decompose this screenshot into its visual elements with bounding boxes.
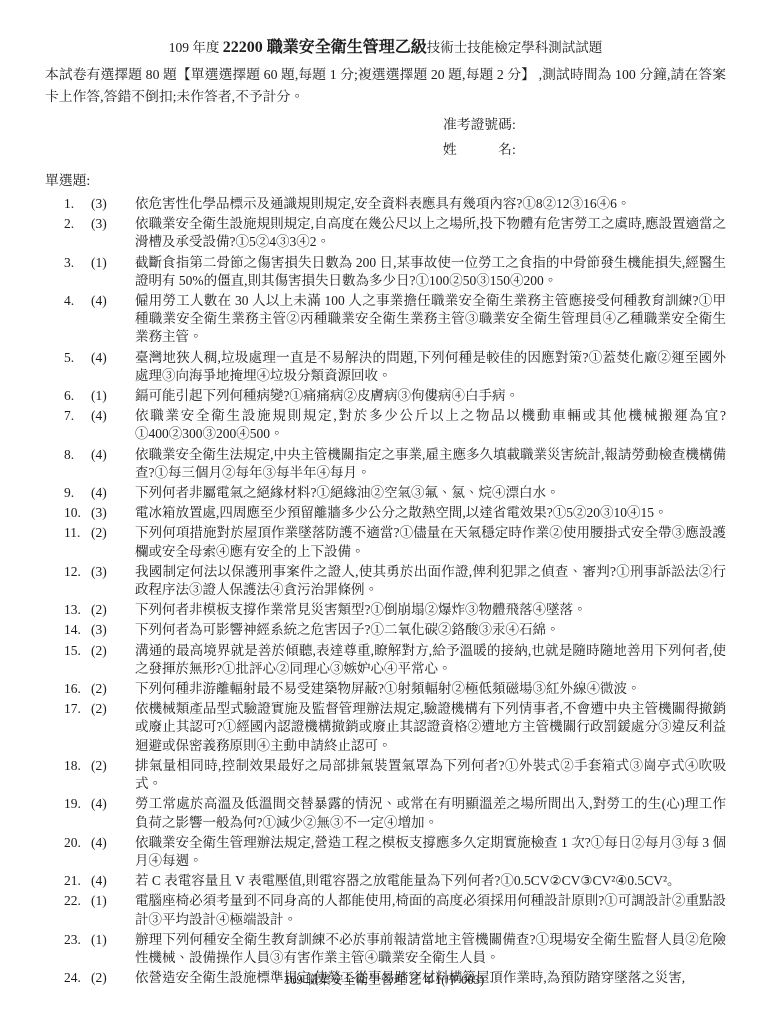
question-answer: (2) bbox=[91, 757, 135, 793]
question-number: 1. bbox=[64, 195, 91, 213]
question-text: 僱用勞工人數在 30 人以上未滿 100 人之事業擔任職業安全衛生業務主管應接受… bbox=[135, 292, 726, 347]
question-answer: (1) bbox=[91, 931, 135, 967]
question-answer: (2) bbox=[91, 680, 135, 698]
question-answer: (1) bbox=[91, 892, 135, 928]
page-title: 109 年度 22200 職業安全衛生管理乙級技術士技能檢定學科測試試題 bbox=[45, 34, 726, 57]
question-number: 13. bbox=[64, 601, 91, 619]
question-number: 10. bbox=[64, 504, 91, 522]
question-text: 勞工常處於高溫及低溫間交替暴露的情況、或常在有明顯溫差之場所間出入,對勞工的生(… bbox=[135, 795, 726, 831]
question-row: 16.(2)下列何種非游離輻射最不易受建築物屏蔽?①射頻輻射②極低頻磁場③紅外線… bbox=[64, 680, 726, 698]
question-number: 14. bbox=[64, 621, 91, 639]
question-text: 下列何者為可影響神經系統之危害因子?①二氧化碳②鉻酸③汞④石綿。 bbox=[135, 621, 726, 639]
question-row: 17.(2)依機械類產品型式驗證實施及監督管理辦法規定,驗證機構有下列情事者,不… bbox=[64, 700, 726, 755]
section-label-single-choice: 單選題: bbox=[45, 169, 726, 189]
question-row: 13.(2)下列何者非模板支撐作業常見災害類型?①倒崩塌②爆炸③物體飛落④墜落。 bbox=[64, 601, 726, 619]
question-answer: (2) bbox=[91, 524, 135, 560]
question-row: 3.(1)截斷食指第二骨節之傷害損失日數為 200 日,某事故使一位勞工之食指的… bbox=[64, 254, 726, 290]
question-text: 溝通的最高境界就是善於傾聽,表達尊重,瞭解對方,給予溫暖的接納,也就是隨時隨地善… bbox=[135, 642, 726, 678]
exam-page: 109 年度 22200 職業安全衛生管理乙級技術士技能檢定學科測試試題 本試卷… bbox=[0, 0, 768, 1024]
question-number: 11. bbox=[64, 524, 91, 560]
question-answer: (3) bbox=[91, 195, 135, 213]
question-row: 22.(1)電腦座椅必須考量到不同身高的人都能使用,椅面的高度必須採用何種設計原… bbox=[64, 892, 726, 928]
question-row: 8.(4)依職業安全衛生法規定,中央主管機關指定之事業,雇主應多久填載職業災害統… bbox=[64, 446, 726, 482]
question-list: 1.(3)依危害性化學品標示及通識規則規定,安全資料表應具有幾項內容?①8②12… bbox=[45, 195, 726, 987]
question-row: 5.(4)臺灣地狹人稠,垃圾處理一直是不易解決的問題,下列何種是較佳的因應對策?… bbox=[64, 349, 726, 385]
question-row: 14.(3)下列何者為可影響神經系統之危害因子?①二氧化碳②鉻酸③汞④石綿。 bbox=[64, 621, 726, 639]
question-answer: (4) bbox=[91, 292, 135, 347]
title-prefix: 109 年度 bbox=[169, 40, 223, 55]
question-number: 19. bbox=[64, 795, 91, 831]
exam-instructions: 本試卷有選擇題 80 題【單選選擇題 60 題,每題 1 分;複選選擇題 20 … bbox=[45, 64, 726, 107]
question-text: 鎘可能引起下列何種病變?①痛痛病②皮膚病③佝僂病④白手病。 bbox=[135, 387, 726, 405]
question-number: 5. bbox=[64, 349, 91, 385]
question-row: 12.(3)我國制定何法以保護刑事案件之證人,使其勇於出面作證,俾利犯罪之偵查、… bbox=[64, 563, 726, 599]
question-text: 下列何者非模板支撐作業常見災害類型?①倒崩塌②爆炸③物體飛落④墜落。 bbox=[135, 601, 726, 619]
title-exam-code: 22200 職業安全衛生管理乙級 bbox=[223, 39, 427, 56]
question-answer: (4) bbox=[91, 484, 135, 502]
question-row: 7.(4)依職業安全衛生設施規則規定,對於多少公斤以上之物品以機動車輛或其他機械… bbox=[64, 407, 726, 443]
question-number: 21. bbox=[64, 872, 91, 890]
question-row: 9.(4)下列何者非屬電氣之絕緣材料?①絕緣油②空氣③氟、氯、烷④漂白水。 bbox=[64, 484, 726, 502]
question-text: 依機械類產品型式驗證實施及監督管理辦法規定,驗證機構有下列情事者,不會遭中央主管… bbox=[135, 700, 726, 755]
question-row: 18.(2)排氣量相同時,控制效果最好之局部排氣裝置氣罩為下列何者?①外裝式②手… bbox=[64, 757, 726, 793]
question-number: 20. bbox=[64, 834, 91, 870]
admission-number-label: 准考證號碼: bbox=[443, 112, 726, 137]
question-answer: (4) bbox=[91, 795, 135, 831]
question-text: 依職業安全衛生設施規則規定,對於多少公斤以上之物品以機動車輛或其他機械搬運為宜?… bbox=[135, 407, 726, 443]
question-number: 8. bbox=[64, 446, 91, 482]
question-answer: (3) bbox=[91, 504, 135, 522]
question-answer: (4) bbox=[91, 834, 135, 870]
question-text: 依職業安全衛生法規定,中央主管機關指定之事業,雇主應多久填載職業災害統計,報請勞… bbox=[135, 446, 726, 482]
question-row: 19.(4)勞工常處於高溫及低溫間交替暴露的情況、或常在有明顯溫差之場所間出入,… bbox=[64, 795, 726, 831]
candidate-info-block: 准考證號碼: 姓 名: bbox=[45, 112, 726, 162]
question-number: 2. bbox=[64, 215, 91, 251]
question-answer: (3) bbox=[91, 215, 135, 251]
question-number: 16. bbox=[64, 680, 91, 698]
question-text: 下列何種非游離輻射最不易受建築物屏蔽?①射頻輻射②極低頻磁場③紅外線④微波。 bbox=[135, 680, 726, 698]
question-text: 若 C 表電容量且 V 表電壓值,則電容器之放電能量為下列何者?①0.5CV②C… bbox=[135, 872, 726, 890]
question-text: 依職業安全衛生設施規則規定,自高度在幾公尺以上之場所,投下物體有危害勞工之虞時,… bbox=[135, 215, 726, 251]
question-text: 依危害性化學品標示及通識規則規定,安全資料表應具有幾項內容?①8②12③16④6… bbox=[135, 195, 726, 213]
name-label: 姓 名: bbox=[443, 137, 726, 162]
question-row: 15.(2)溝通的最高境界就是善於傾聽,表達尊重,瞭解對方,給予溫暖的接納,也就… bbox=[64, 642, 726, 678]
page-footer: 109 職業安全衛生管理 乙 4-1(序 003) bbox=[0, 970, 768, 988]
question-row: 21.(4)若 C 表電容量且 V 表電壓值,則電容器之放電能量為下列何者?①0… bbox=[64, 872, 726, 890]
question-answer: (2) bbox=[91, 700, 135, 755]
question-answer: (1) bbox=[91, 254, 135, 290]
question-text: 下列何項措施對於屋頂作業墜落防護不適當?①儘量在天氣穩定時作業②使用腰掛式安全帶… bbox=[135, 524, 726, 560]
question-text: 電腦座椅必須考量到不同身高的人都能使用,椅面的高度必須採用何種設計原則?①可調設… bbox=[135, 892, 726, 928]
question-number: 9. bbox=[64, 484, 91, 502]
question-answer: (3) bbox=[91, 563, 135, 599]
question-answer: (2) bbox=[91, 642, 135, 678]
question-text: 電冰箱放置處,四周應至少預留離牆多少公分之散熱空間,以達省電效果?①5②20③1… bbox=[135, 504, 726, 522]
title-suffix: 技術士技能檢定學科測試試題 bbox=[427, 40, 603, 55]
question-row: 23.(1)辦理下列何種安全衛生教育訓練不必於事前報請當地主管機關備查?①現場安… bbox=[64, 931, 726, 967]
question-text: 我國制定何法以保護刑事案件之證人,使其勇於出面作證,俾利犯罪之偵查、審判?①刑事… bbox=[135, 563, 726, 599]
question-answer: (4) bbox=[91, 349, 135, 385]
question-number: 18. bbox=[64, 757, 91, 793]
question-number: 6. bbox=[64, 387, 91, 405]
question-text: 辦理下列何種安全衛生教育訓練不必於事前報請當地主管機關備查?①現場安全衛生監督人… bbox=[135, 931, 726, 967]
question-answer: (4) bbox=[91, 407, 135, 443]
question-number: 12. bbox=[64, 563, 91, 599]
question-answer: (3) bbox=[91, 621, 135, 639]
question-number: 4. bbox=[64, 292, 91, 347]
question-text: 排氣量相同時,控制效果最好之局部排氣裝置氣罩為下列何者?①外裝式②手套箱式③崗亭… bbox=[135, 757, 726, 793]
question-row: 6.(1)鎘可能引起下列何種病變?①痛痛病②皮膚病③佝僂病④白手病。 bbox=[64, 387, 726, 405]
question-number: 15. bbox=[64, 642, 91, 678]
question-answer: (1) bbox=[91, 387, 135, 405]
question-row: 20.(4)依職業安全衛生管理辦法規定,營造工程之模板支撐應多久定期實施檢查 1… bbox=[64, 834, 726, 870]
question-text: 臺灣地狹人稠,垃圾處理一直是不易解決的問題,下列何種是較佳的因應對策?①蓋焚化廠… bbox=[135, 349, 726, 385]
question-answer: (4) bbox=[91, 446, 135, 482]
question-number: 3. bbox=[64, 254, 91, 290]
question-number: 7. bbox=[64, 407, 91, 443]
question-number: 23. bbox=[64, 931, 91, 967]
question-row: 4.(4)僱用勞工人數在 30 人以上未滿 100 人之事業擔任職業安全衛生業務… bbox=[64, 292, 726, 347]
question-text: 下列何者非屬電氣之絕緣材料?①絕緣油②空氣③氟、氯、烷④漂白水。 bbox=[135, 484, 726, 502]
question-row: 11.(2)下列何項措施對於屋頂作業墜落防護不適當?①儘量在天氣穩定時作業②使用… bbox=[64, 524, 726, 560]
question-row: 1.(3)依危害性化學品標示及通識規則規定,安全資料表應具有幾項內容?①8②12… bbox=[64, 195, 726, 213]
question-row: 10.(3)電冰箱放置處,四周應至少預留離牆多少公分之散熱空間,以達省電效果?①… bbox=[64, 504, 726, 522]
question-answer: (2) bbox=[91, 601, 135, 619]
question-number: 22. bbox=[64, 892, 91, 928]
question-text: 截斷食指第二骨節之傷害損失日數為 200 日,某事故使一位勞工之食指的中骨節發生… bbox=[135, 254, 726, 290]
question-text: 依職業安全衛生管理辦法規定,營造工程之模板支撐應多久定期實施檢查 1 次?①每日… bbox=[135, 834, 726, 870]
question-row: 2.(3)依職業安全衛生設施規則規定,自高度在幾公尺以上之場所,投下物體有危害勞… bbox=[64, 215, 726, 251]
question-number: 17. bbox=[64, 700, 91, 755]
question-answer: (4) bbox=[91, 872, 135, 890]
